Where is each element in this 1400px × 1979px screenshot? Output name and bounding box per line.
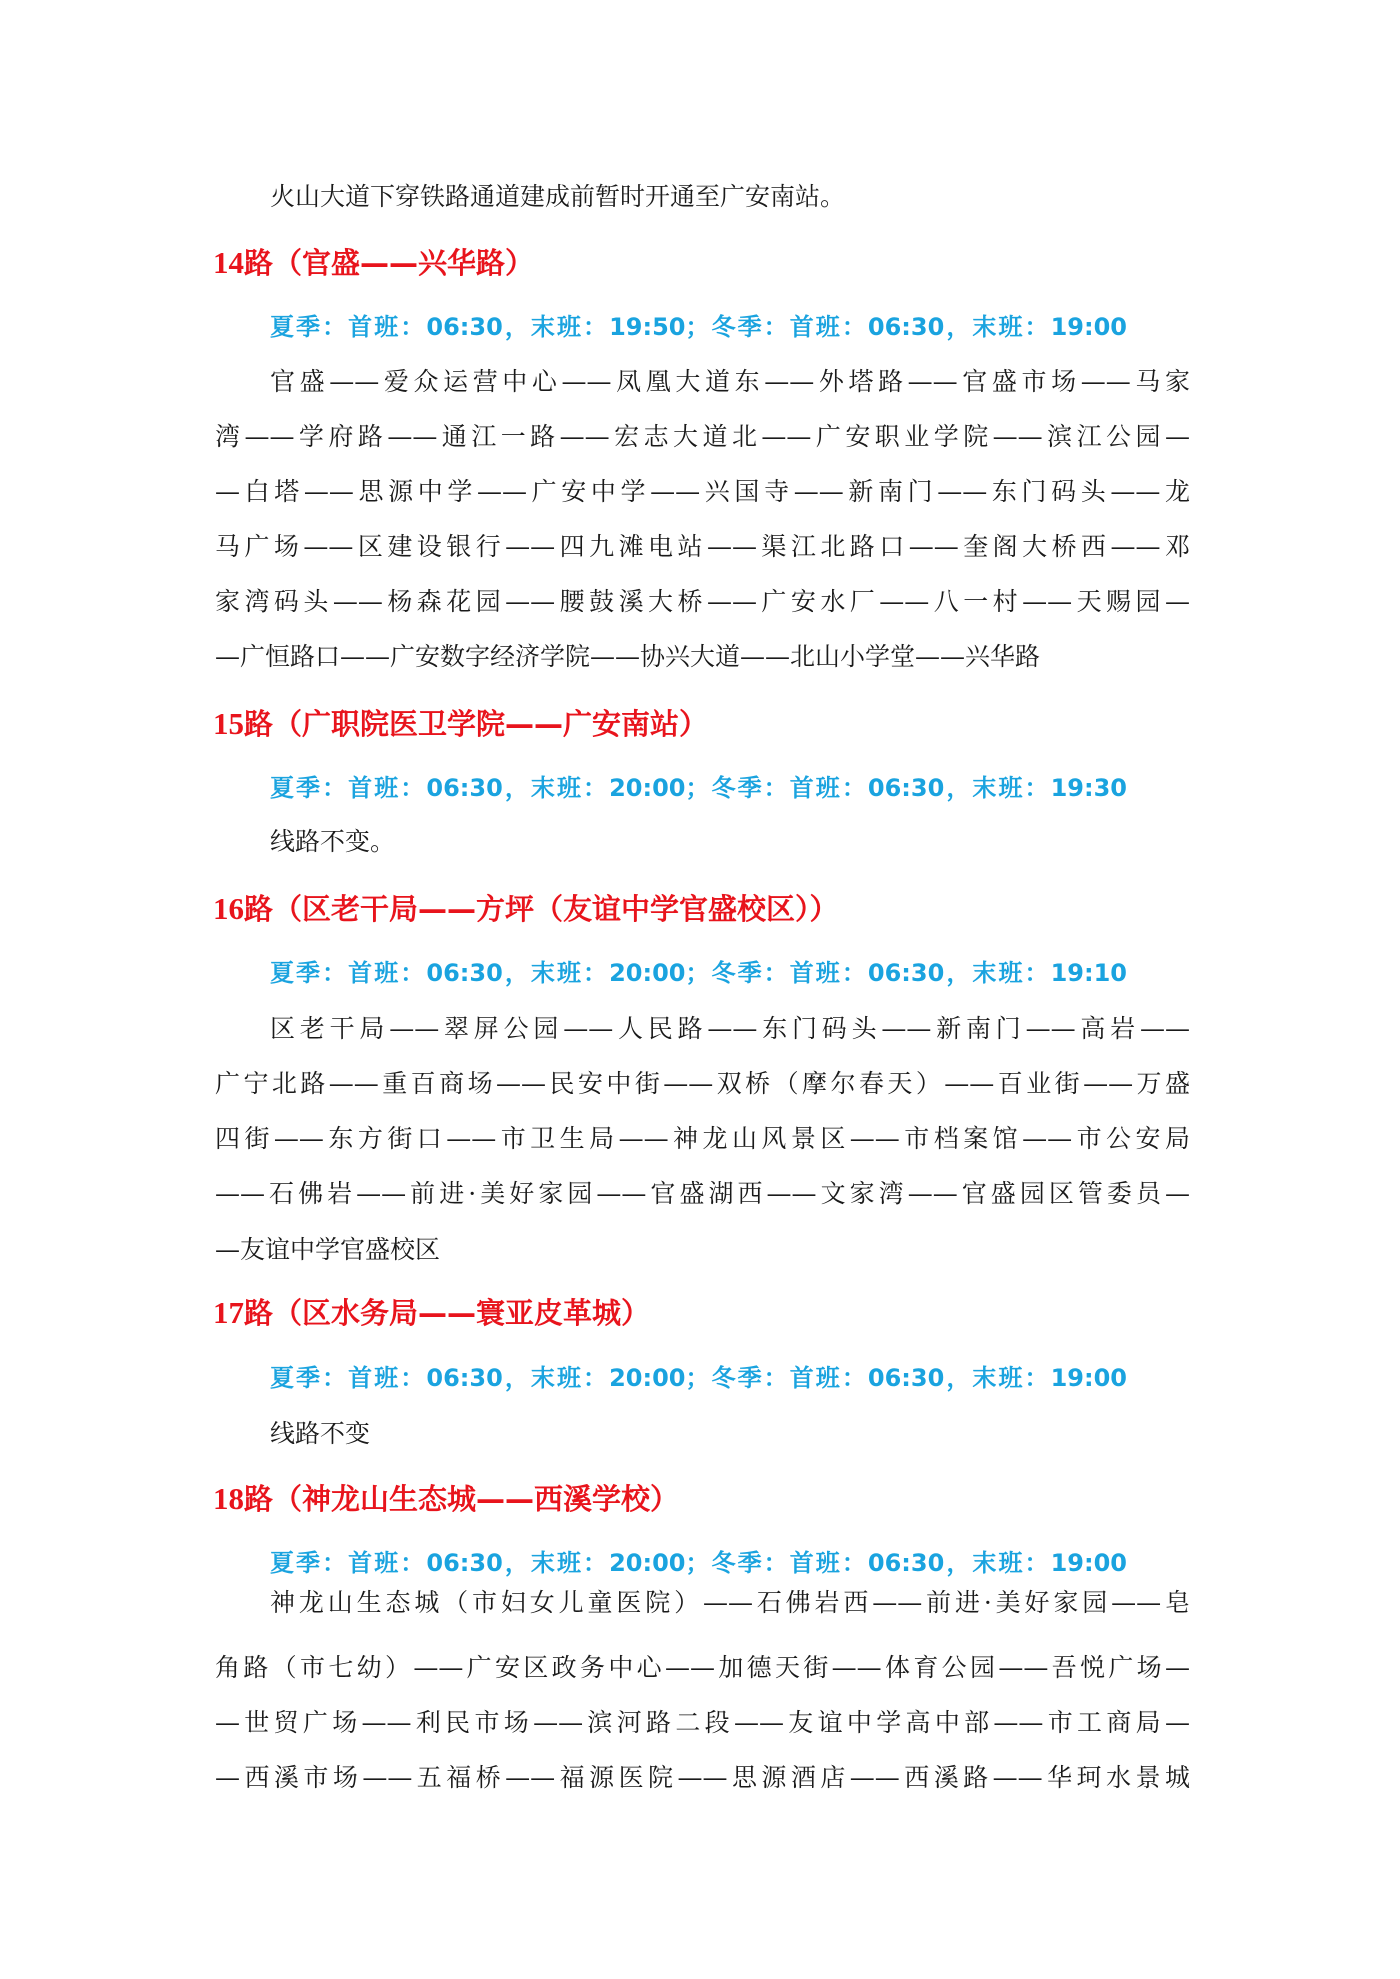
route-number: 18 <box>213 1481 244 1516</box>
route-18-schedule: 夏季：首班：06:30，末班：20:00；冬季：首班：06:30，末班：19:0… <box>270 1543 1127 1583</box>
route-title: 路（广职院医卫学院——广安南站） <box>244 707 708 741</box>
route-title: 路（区老干局——方坪（友谊中学官盛校区）） <box>244 892 839 926</box>
route-title: 路（神龙山生态城——西溪学校） <box>244 1482 679 1516</box>
route-16-heading: 16路（区老干局——方坪（友谊中学官盛校区）） <box>213 887 839 931</box>
route-16-stops-line: 广宁北路——重百商场——民安中街——双桥（摩尔春天）——百业街——万盛 <box>215 1064 1190 1104</box>
route-16-schedule: 夏季：首班：06:30，末班：20:00；冬季：首班：06:30，末班：19:1… <box>270 953 1127 993</box>
route-16-stops-line: —友谊中学官盛校区 <box>215 1230 1190 1270</box>
route-14-schedule: 夏季：首班：06:30，末班：19:50；冬季：首班：06:30，末班：19:0… <box>270 307 1127 347</box>
route-number: 17 <box>213 1295 244 1330</box>
route-14-stops-line: —广恒路口——广安数字经济学院——协兴大道——北山小学堂——兴华路 <box>215 637 1190 677</box>
route-14-stops-line: —白塔——思源中学——广安中学——兴国寺——新南门——东门码头——龙 <box>215 472 1190 512</box>
route-14-stops-line: 马广场——区建设银行——四九滩电站——渠江北路口——奎阁大桥西——邓 <box>215 527 1190 567</box>
route-18-stops-line: 神龙山生态城（市妇女儿童医院）——石佛岩西——前进·美好家园——皂 <box>270 1583 1190 1623</box>
intro-paragraph: 火山大道下穿铁路通道建成前暂时开通至广安南站。 <box>270 177 1190 217</box>
route-17-stops-line: 线路不变 <box>270 1414 1190 1454</box>
route-title: 路（官盛——兴华路） <box>244 246 534 280</box>
route-17-heading: 17路（区水务局——寰亚皮革城） <box>213 1291 650 1335</box>
route-16-stops-line: 区老干局——翠屏公园——人民路——东门码头——新南门——高岩—— <box>270 1009 1190 1049</box>
route-14-heading: 14路（官盛——兴华路） <box>213 241 534 285</box>
route-title: 路（区水务局——寰亚皮革城） <box>244 1296 650 1330</box>
route-15-stops-line: 线路不变。 <box>270 822 1190 862</box>
route-14-stops-line: 官盛——爱众运营中心——凤凰大道东——外塔路——官盛市场——马家 <box>270 362 1190 402</box>
route-number: 15 <box>213 706 244 741</box>
route-17-schedule: 夏季：首班：06:30，末班：20:00；冬季：首班：06:30，末班：19:0… <box>270 1358 1127 1398</box>
route-18-stops-line: —世贸广场——利民市场——滨河路二段——友谊中学高中部——市工商局— <box>215 1703 1190 1743</box>
route-15-schedule: 夏季：首班：06:30，末班：20:00；冬季：首班：06:30，末班：19:3… <box>270 768 1127 808</box>
route-18-heading: 18路（神龙山生态城——西溪学校） <box>213 1477 679 1521</box>
route-16-stops-line: 四街——东方街口——市卫生局——神龙山风景区——市档案馆——市公安局 <box>215 1119 1190 1159</box>
route-18-stops-line: 角路（市七幼）——广安区政务中心——加德天街——体育公园——吾悦广场— <box>215 1648 1190 1688</box>
route-16-stops-line: ——石佛岩——前进·美好家园——官盛湖西——文家湾——官盛园区管委员— <box>215 1174 1190 1214</box>
route-14-stops-line: 家湾码头——杨森花园——腰鼓溪大桥——广安水厂——八一村——天赐园— <box>215 582 1190 622</box>
route-18-stops-line: —西溪市场——五福桥——福源医院——思源酒店——西溪路——华珂水景城 <box>215 1758 1190 1798</box>
route-14-stops-line: 湾——学府路——通江一路——宏志大道北——广安职业学院——滨江公园— <box>215 417 1190 457</box>
route-number: 16 <box>213 891 244 926</box>
route-number: 14 <box>213 245 244 280</box>
route-15-heading: 15路（广职院医卫学院——广安南站） <box>213 702 708 746</box>
